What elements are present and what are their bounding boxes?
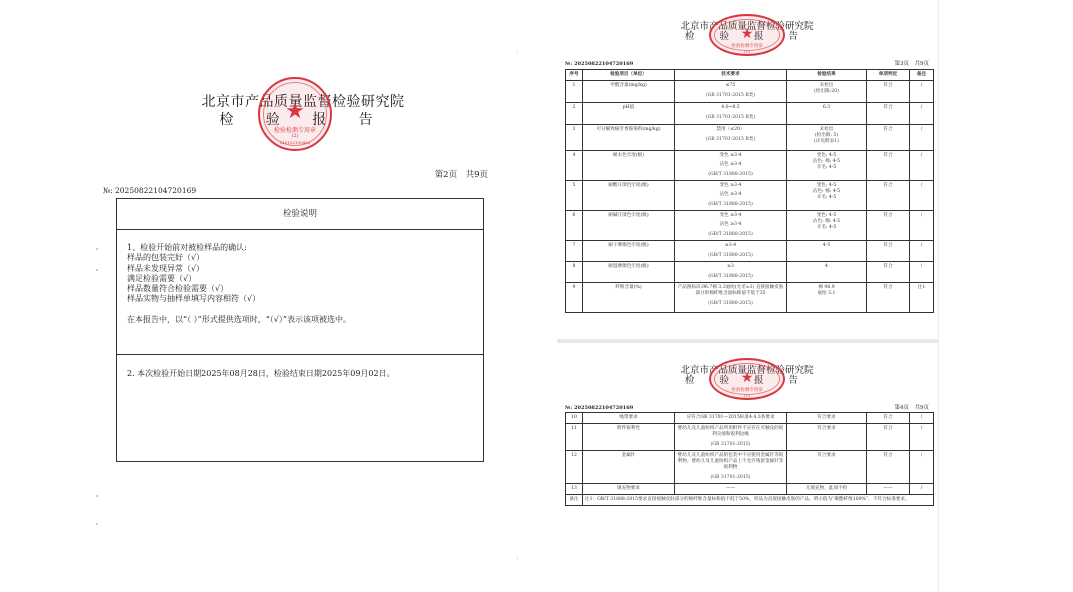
cell-result: 变色: 4-5沾色: 棉: 4-5羊毛: 4-5 bbox=[787, 181, 867, 211]
results-table: 序号 检验项目（单位） 技术要求 检验结果 单项判定 备注 1甲醛含量(mg/k… bbox=[565, 69, 934, 313]
cell-remark: / bbox=[910, 81, 934, 103]
cell-verdict: 符合 bbox=[867, 241, 910, 262]
cell-remark: / bbox=[910, 211, 934, 241]
report-page-2: 北京市产品质量监督检验研究院 检 验 报 告 ★ 检验检测专用章 (2) 110… bbox=[88, 55, 518, 555]
page-indicator: 第4页 共9页 bbox=[895, 403, 930, 411]
table-row: 7耐干摩擦色牢度(级)≥3-4(GB/T 31888-2015)4-5符合/ bbox=[566, 241, 934, 262]
cell-verdict: 符合 bbox=[867, 151, 910, 181]
table-row: 13填充物要求——无填充物，此项不检——/ bbox=[566, 484, 934, 495]
cell-item: 绳带要求 bbox=[583, 413, 675, 424]
cell-remark: / bbox=[910, 125, 934, 151]
footnote-label: 备注 bbox=[566, 495, 583, 506]
cell-no: 5 bbox=[566, 181, 583, 211]
cell-requirement: 4.0~8.5(GB 31701-2015 B类) bbox=[675, 103, 787, 125]
cell-result: 4 bbox=[787, 262, 867, 283]
cell-requirement: 应符合GB 31701—2015标准4.4.3条要求 bbox=[675, 413, 787, 424]
cell-remark: / bbox=[910, 262, 934, 283]
cell-no: 13 bbox=[566, 484, 583, 495]
page-indicator: 第3页 共9页 bbox=[895, 59, 930, 67]
table-row: 8耐湿摩擦色牢度(级)≥3(GB/T 31888-2015)4符合/ bbox=[566, 262, 934, 283]
page-indicator: 第2页 共9页 bbox=[435, 168, 488, 180]
table-row: 12金属针婴幼儿及儿童纺织产品的包装中不应使用金属针等锐利物。婴幼儿及儿童纺织产… bbox=[566, 451, 934, 484]
footnote-text: 注1：GB/T 31888-2015要求直接接触皮肤部分的棉纤维含量标称值不低于… bbox=[583, 495, 934, 506]
cell-item: 耐干摩擦色牢度(级) bbox=[583, 241, 675, 262]
cell-requirement: 变色 ≥3-4沾色 ≥3-4(GB/T 31888-2015) bbox=[675, 211, 787, 241]
cell-verdict: 符合 bbox=[867, 283, 910, 313]
notes-section-1: 1、检验开始前对被检样品的确认: 样品的包装完好（√） 样品未发现异常（√） 满… bbox=[117, 230, 483, 355]
cell-remark: / bbox=[910, 484, 934, 495]
cell-verdict: 符合 bbox=[867, 103, 910, 125]
report-page-3: 北京市产品质量监督检验研究院 检 验 报 告 ★ 检验检测专用章 (2) №: … bbox=[557, 8, 937, 338]
cell-requirement: ≥3(GB/T 31888-2015) bbox=[675, 262, 787, 283]
cell-verdict: —— bbox=[867, 484, 910, 495]
cell-item: 纤维含量(%) bbox=[583, 283, 675, 313]
table-row: 3可分解致癌芳香胺染料(mg/kg)禁用（≤20）(GB 31701-2015 … bbox=[566, 125, 934, 151]
cell-requirement: ≤75(GB 31701-2015 B类) bbox=[675, 81, 787, 103]
table-row: 9纤维含量(%)产品图标识:96.7棉 3.3氨纶(允差±3) 直接接触皮肤部分… bbox=[566, 283, 934, 313]
cell-requirement: —— bbox=[675, 484, 787, 495]
cell-requirement: 产品图标识:96.7棉 3.3氨纶(允差±3) 直接接触皮肤部分的棉纤维含量标称… bbox=[675, 283, 787, 313]
table-row: 2pH值4.0~8.5(GB 31701-2015 B类)6.3符合/ bbox=[566, 103, 934, 125]
notes-header: 检验说明 bbox=[117, 199, 483, 230]
cell-item: 耐酸汗渍色牢度(级) bbox=[583, 181, 675, 211]
cell-requirement: 禁用（≤20）(GB 31701-2015 B类) bbox=[675, 125, 787, 151]
cell-item: 耐湿摩擦色牢度(级) bbox=[583, 262, 675, 283]
cell-result: 符合要求 bbox=[787, 424, 867, 451]
cell-result: 符合要求 bbox=[787, 413, 867, 424]
page-separator bbox=[557, 339, 938, 343]
cell-remark: / bbox=[910, 413, 934, 424]
table-row: 4耐水色牢度(级)变色 ≥3-4沾色 ≥3-4(GB/T 31888-2015)… bbox=[566, 151, 934, 181]
footnote-row: 备注注1：GB/T 31888-2015要求直接接触皮肤部分的棉纤维含量标称值不… bbox=[566, 495, 934, 506]
col-header: 备注 bbox=[910, 70, 934, 81]
check-item: 样品实物与抽样单填写内容相符（√） bbox=[127, 294, 473, 304]
cell-requirement: 变色 ≥3-4沾色 ≥3-4(GB/T 31888-2015) bbox=[675, 181, 787, 211]
cell-verdict: 符合 bbox=[867, 181, 910, 211]
col-header: 序号 bbox=[566, 70, 583, 81]
cell-result: 变色: 4-5沾色: 棉: 4-5羊毛: 4-5 bbox=[787, 151, 867, 181]
table-row: 11附件锐利性婴幼儿及儿童纺织产品所用附件不应存在可触及的锐利尖端和锐利边缘(G… bbox=[566, 424, 934, 451]
check-item: 样品数量符合检验需要（√） bbox=[127, 284, 473, 294]
table-row: 5耐酸汗渍色牢度(级)变色 ≥3-4沾色 ≥3-4(GB/T 31888-201… bbox=[566, 181, 934, 211]
cell-verdict: 符合 bbox=[867, 413, 910, 424]
cell-no: 11 bbox=[566, 424, 583, 451]
cell-item: pH值 bbox=[583, 103, 675, 125]
notes-section-2: 2. 本次检验开始日期2025年08月28日，检验结束日期2025年09月02日… bbox=[117, 355, 483, 392]
official-seal-icon: ★ 检验检测专用章 (2) 110102100432 bbox=[258, 77, 332, 151]
official-seal-icon: ★ 检验检测专用章 (2) bbox=[709, 14, 785, 56]
cell-remark: 注1 bbox=[910, 283, 934, 313]
cell-requirement: ≥3-4(GB/T 31888-2015) bbox=[675, 241, 787, 262]
cell-no: 10 bbox=[566, 413, 583, 424]
selection-note: 在本报告中，以“（ ）”形式提供选项时，“（√）”表示该项被选中。 bbox=[127, 315, 473, 325]
cell-verdict: 符合 bbox=[867, 424, 910, 451]
cell-result: 未检出(检出限: 5)(详见附表1) bbox=[787, 125, 867, 151]
cell-remark: / bbox=[910, 241, 934, 262]
report-number: №: 20250822104720169 bbox=[565, 405, 633, 411]
cell-requirement: 婴幼儿及儿童纺织产品所用附件不应存在可触及的锐利尖端和锐利边缘(GB 31701… bbox=[675, 424, 787, 451]
check-item: 样品的包装完好（√） bbox=[127, 253, 473, 263]
report-number: №: 20250822104720169 bbox=[565, 61, 633, 67]
cell-verdict: 符合 bbox=[867, 125, 910, 151]
cell-no: 7 bbox=[566, 241, 583, 262]
cell-result: 4-5 bbox=[787, 241, 867, 262]
col-header: 检验结果 bbox=[787, 70, 867, 81]
cell-item: 附件锐利性 bbox=[583, 424, 675, 451]
cell-no: 9 bbox=[566, 283, 583, 313]
cell-verdict: 符合 bbox=[867, 451, 910, 484]
cell-remark: / bbox=[910, 151, 934, 181]
col-header: 检验项目（单位） bbox=[583, 70, 675, 81]
cell-result: 6.3 bbox=[787, 103, 867, 125]
report-number: №: 20250822104720169 bbox=[103, 186, 196, 195]
cell-no: 1 bbox=[566, 81, 583, 103]
cell-result: 未检出(检出限:20) bbox=[787, 81, 867, 103]
cell-verdict: 符合 bbox=[867, 211, 910, 241]
table-header-row: 序号 检验项目（单位） 技术要求 检验结果 单项判定 备注 bbox=[566, 70, 934, 81]
cell-no: 2 bbox=[566, 103, 583, 125]
cell-item: 可分解致癌芳香胺染料(mg/kg) bbox=[583, 125, 675, 151]
cell-result: 符合要求 bbox=[787, 451, 867, 484]
cell-remark: / bbox=[910, 451, 934, 484]
report-page-4: 北京市产品质量监督检验研究院 检 验 报 告 ★ 检验检测专用章 (2) №: … bbox=[557, 352, 937, 512]
cell-item: 金属针 bbox=[583, 451, 675, 484]
results-table: 10绳带要求应符合GB 31701—2015标准4.4.3条要求符合要求符合/1… bbox=[565, 412, 934, 506]
cell-requirement: 婴幼儿及儿童纺织产品的包装中不应使用金属针等锐利物。婴幼儿及儿童纺织产品上不允许… bbox=[675, 451, 787, 484]
cell-no: 8 bbox=[566, 262, 583, 283]
col-header: 技术要求 bbox=[675, 70, 787, 81]
cell-item: 填充物要求 bbox=[583, 484, 675, 495]
cell-item: 耐水色牢度(级) bbox=[583, 151, 675, 181]
cell-remark: / bbox=[910, 181, 934, 211]
cell-remark: / bbox=[910, 424, 934, 451]
page-gutter-right bbox=[938, 0, 939, 592]
cell-no: 3 bbox=[566, 125, 583, 151]
cell-result: 棉 96.9氨纶 3.1 bbox=[787, 283, 867, 313]
cell-remark: / bbox=[910, 103, 934, 125]
col-header: 单项判定 bbox=[867, 70, 910, 81]
cell-requirement: 变色 ≥3-4沾色 ≥3-4(GB/T 31888-2015) bbox=[675, 151, 787, 181]
cell-no: 6 bbox=[566, 211, 583, 241]
cell-no: 4 bbox=[566, 151, 583, 181]
cell-item: 耐碱汗渍色牢度(级) bbox=[583, 211, 675, 241]
check-item: 满足检验需要（√） bbox=[127, 274, 473, 284]
table-row: 1甲醛含量(mg/kg)≤75(GB 31701-2015 B类)未检出(检出限… bbox=[566, 81, 934, 103]
cell-no: 12 bbox=[566, 451, 583, 484]
cell-result: 无填充物，此项不检 bbox=[787, 484, 867, 495]
cell-result: 变色: 4-5沾色: 棉: 4-5羊毛: 4-5 bbox=[787, 211, 867, 241]
table-row: 10绳带要求应符合GB 31701—2015标准4.4.3条要求符合要求符合/ bbox=[566, 413, 934, 424]
table-row: 6耐碱汗渍色牢度(级)变色 ≥3-4沾色 ≥3-4(GB/T 31888-201… bbox=[566, 211, 934, 241]
cell-verdict: 符合 bbox=[867, 262, 910, 283]
cell-item: 甲醛含量(mg/kg) bbox=[583, 81, 675, 103]
check-item: 样品未发现异常（√） bbox=[127, 264, 473, 274]
inspection-notes-box: 检验说明 1、检验开始前对被检样品的确认: 样品的包装完好（√） 样品未发现异常… bbox=[116, 198, 484, 462]
cell-verdict: 符合 bbox=[867, 81, 910, 103]
official-seal-icon: ★ 检验检测专用章 (2) bbox=[709, 358, 785, 400]
